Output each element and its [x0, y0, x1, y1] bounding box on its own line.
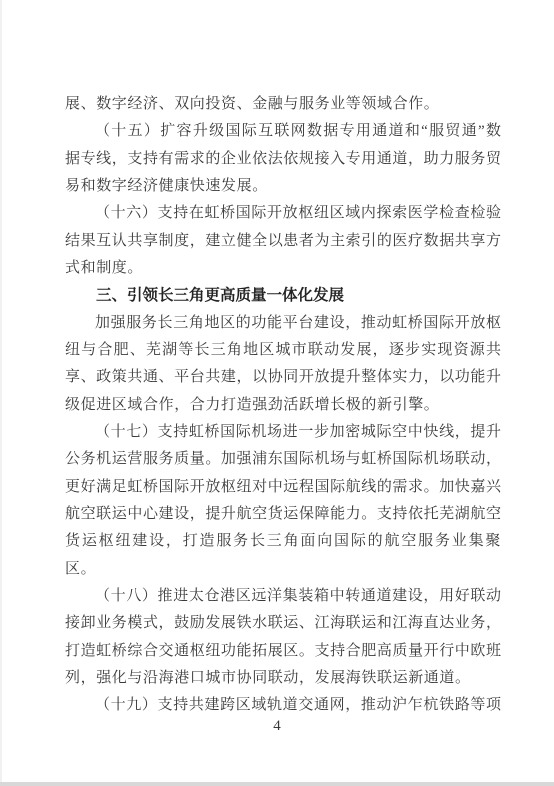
- text-line: 货运枢纽建设，打造服务长三角面向国际的航空服务业集聚区。: [65, 528, 501, 583]
- text-line: 纽与合肥、芜湖等长三角地区城市联动发展，逐步实现资源共: [65, 337, 501, 364]
- text-line: 更好满足虹桥国际开放枢纽对中远程国际航线的需求。加快嘉兴: [65, 474, 501, 501]
- text-line: 加强服务长三角地区的功能平台建设，推动虹桥国际开放枢: [65, 310, 501, 337]
- text-line: （十七）支持虹桥国际机场进一步加密城际空中快线，提升: [65, 419, 501, 446]
- text-line: 打造虹桥综合交通枢纽功能拓展区。支持合肥高质量开行中欧班: [65, 638, 501, 665]
- text-line: 公务机运营服务质量。加强浦东国际机场与虹桥国际机场联动，: [65, 446, 501, 473]
- text-line: 级促进区域合作，合力打造强劲活跃增长极的新引擎。: [65, 392, 501, 419]
- text-line: 式和制度。: [65, 255, 501, 282]
- scan-left-edge: [0, 0, 2, 786]
- document-body: 展、数字经济、双向投资、金融与服务业等领域合作。 （十五）扩容升级国际互联网数据…: [65, 91, 501, 720]
- page-number: 4: [0, 713, 554, 739]
- text-line: （十八）推进太仓港区远洋集装箱中转通道建设，用好联动: [65, 583, 501, 610]
- text-line: 列，强化与沿海港口城市协同联动，发展海铁联运新通道。: [65, 665, 501, 692]
- section-heading: 三、引领长三角更高质量一体化发展: [65, 282, 501, 309]
- text-line: 享、政策共通、平台共建，以协同开放提升整体实力，以功能升: [65, 364, 501, 391]
- text-line: 据专线，支持有需求的企业依法依规接入专用通道，助力服务贸: [65, 146, 501, 173]
- text-line: （十六）支持在虹桥国际开放枢纽区域内探索医学检查检验: [65, 200, 501, 227]
- text-line: 接卸业务模式，鼓励发展铁水联运、江海联运和江海直达业务，: [65, 610, 501, 637]
- text-line: 航空联运中心建设，提升航空货运保障能力。支持依托芜湖航空: [65, 501, 501, 528]
- document-page: 展、数字经济、双向投资、金融与服务业等领域合作。 （十五）扩容升级国际互联网数据…: [0, 0, 554, 786]
- text-line: （十五）扩容升级国际互联网数据专用通道和“服贸通”数: [65, 118, 501, 145]
- text-line: 结果互认共享制度，建立健全以患者为主索引的医疗数据共享方: [65, 228, 501, 255]
- text-line: 展、数字经济、双向投资、金融与服务业等领域合作。: [65, 91, 501, 118]
- scan-bottom-edge: [0, 782, 554, 786]
- text-line: 易和数字经济健康快速发展。: [65, 173, 501, 200]
